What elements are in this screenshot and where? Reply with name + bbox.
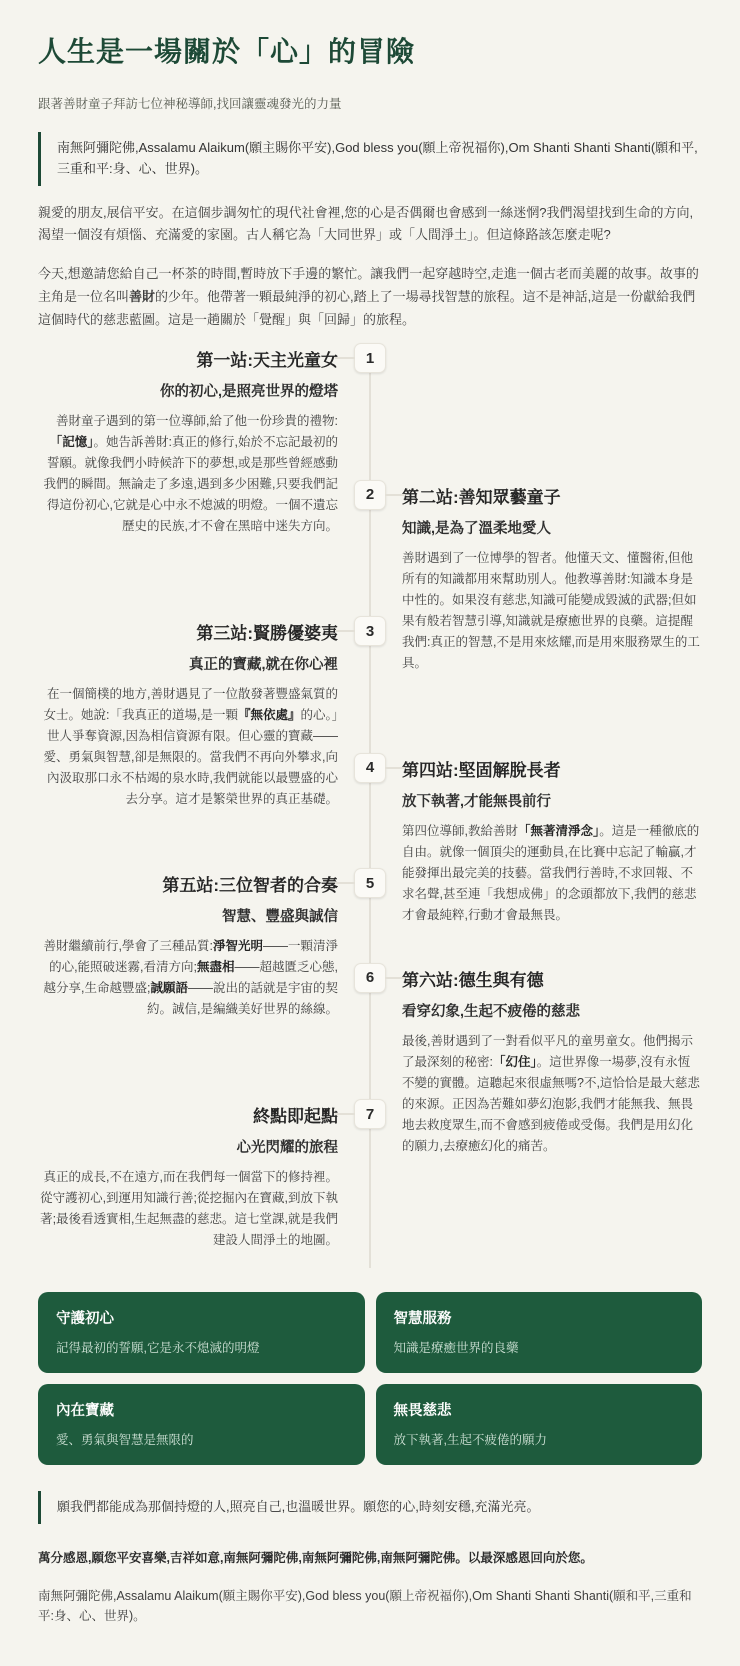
gratitude-line: 萬分感恩,願您平安喜樂,吉祥如意,南無阿彌陀佛,南無阿彌陀佛,南無阿彌陀佛。以最… xyxy=(38,1548,702,1568)
station-body: 真正的成長,不在遠方,而在我們每一個當下的修持裡。從守護初心,到運用知識行善;從… xyxy=(38,1167,338,1251)
card-title: 無畏慈悲 xyxy=(394,1399,685,1420)
station-number-badge: 1 xyxy=(354,343,386,373)
station-number-badge: 7 xyxy=(354,1099,386,1129)
station-number-badge: 3 xyxy=(354,616,386,646)
closing-blessing: 南無阿彌陀佛,Assalamu Alaikum(願主賜你平安),God bles… xyxy=(38,1586,702,1626)
intro-paragraph-2: 今天,想邀請您給自己一杯茶的時間,暫時放下手邊的繁忙。讓我們一起穿越時空,走進一… xyxy=(38,263,702,331)
station-number-badge: 4 xyxy=(354,753,386,783)
station-title: 第五站:三位智者的合奏 xyxy=(38,871,338,896)
station-number-badge: 6 xyxy=(354,963,386,993)
card-desc: 愛、勇氣與智慧是無限的 xyxy=(56,1430,347,1448)
card-desc: 記得最初的誓願,它是永不熄滅的明燈 xyxy=(56,1338,347,1356)
card-fearless-compassion: 無畏慈悲 放下執著,生起不疲倦的願力 xyxy=(376,1384,703,1465)
intro-section: 親愛的朋友,展信平安。在這個步調匆忙的現代社會裡,您的心是否偶爾也會感到一絲迷惘… xyxy=(38,202,702,332)
page-subtitle: 跟著善財童子拜訪七位神秘導師,找回讓靈魂發光的力量 xyxy=(38,94,702,112)
station-title: 終點即起點 xyxy=(38,1102,338,1127)
station-title: 第四站:堅固解脫長者 xyxy=(402,756,702,781)
station-7-content: 終點即起點 心光閃耀的旅程 真正的成長,不在遠方,而在我們每一個當下的修持裡。從… xyxy=(38,1099,338,1264)
opening-blessing-quote: 南無阿彌陀佛,Assalamu Alaikum(願主賜你平安),God bles… xyxy=(38,132,702,186)
station-number-badge: 2 xyxy=(354,480,386,510)
station-number-badge: 5 xyxy=(354,868,386,898)
journey-timeline: 第一站:天主光童女 你的初心,是照亮世界的燈塔 善財童子遇到的第一位導師,給了他… xyxy=(38,343,702,1272)
station-7: 終點即起點 心光閃耀的旅程 真正的成長,不在遠方,而在我們每一個當下的修持裡。從… xyxy=(38,1099,702,1264)
station-title: 第一站:天主光童女 xyxy=(38,346,338,371)
station-title: 第二站:善知眾藝童子 xyxy=(402,483,702,508)
station-subtitle: 知識,是為了溫柔地愛人 xyxy=(402,517,702,538)
station-title: 第六站:德生與有德 xyxy=(402,966,702,991)
card-inner-treasure: 內在寶藏 愛、勇氣與智慧是無限的 xyxy=(38,1384,365,1465)
station-subtitle: 心光閃耀的旅程 xyxy=(38,1136,338,1157)
page: 人生是一場關於「心」的冒險 跟著善財童子拜訪七位神秘導師,找回讓靈魂發光的力量 … xyxy=(0,0,740,1666)
page-title: 人生是一場關於「心」的冒險 xyxy=(38,30,702,70)
station-subtitle: 真正的寶藏,就在你心裡 xyxy=(38,653,338,674)
intro-paragraph-1: 親愛的朋友,展信平安。在這個步調匆忙的現代社會裡,您的心是否偶爾也會感到一絲迷惘… xyxy=(38,202,702,248)
card-desc: 放下執著,生起不疲倦的願力 xyxy=(394,1430,685,1448)
card-title: 內在寶藏 xyxy=(56,1399,347,1420)
station-title: 第三站:賢勝優婆夷 xyxy=(38,619,338,644)
summary-cards: 守護初心 記得最初的誓願,它是永不熄滅的明燈 智慧服務 知識是療癒世界的良藥 內… xyxy=(38,1292,702,1465)
station-subtitle: 智慧、豐盛與誠信 xyxy=(38,905,338,926)
card-title: 守護初心 xyxy=(56,1307,347,1328)
card-wisdom-service: 智慧服務 知識是療癒世界的良藥 xyxy=(376,1292,703,1373)
station-subtitle: 看穿幻象,生起不疲倦的慈悲 xyxy=(402,1000,702,1021)
card-guarding-first-heart: 守護初心 記得最初的誓願,它是永不熄滅的明燈 xyxy=(38,1292,365,1373)
station-subtitle: 你的初心,是照亮世界的燈塔 xyxy=(38,380,338,401)
card-title: 智慧服務 xyxy=(394,1307,685,1328)
card-desc: 知識是療癒世界的良藥 xyxy=(394,1338,685,1356)
closing-quote: 願我們都能成為那個持燈的人,照亮自己,也溫暖世界。願您的心,時刻安穩,充滿光亮。 xyxy=(38,1491,702,1524)
station-subtitle: 放下執著,才能無畏前行 xyxy=(402,790,702,811)
